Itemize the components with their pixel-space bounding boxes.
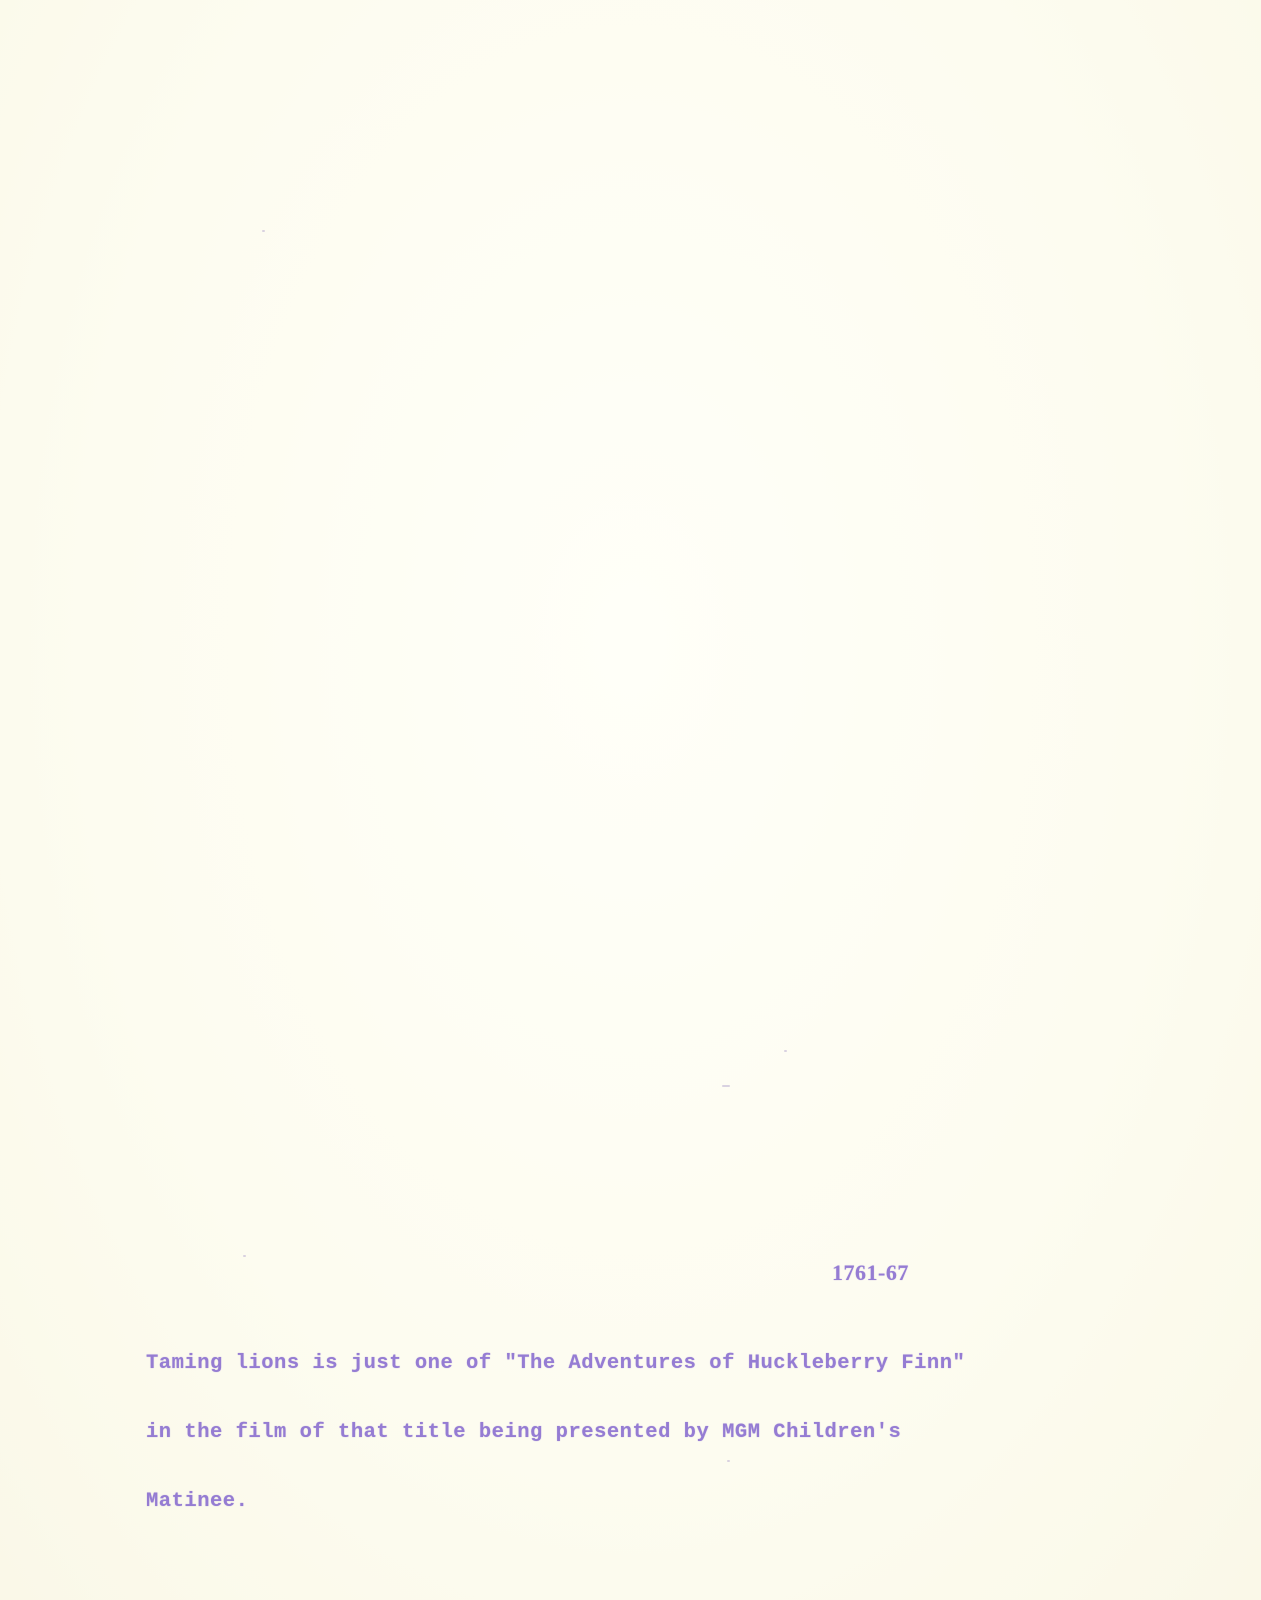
caption-line: Matinee. (146, 1490, 1146, 1513)
ink-speck (262, 230, 265, 232)
caption-line: Taming lions is just one of "The Adventu… (146, 1352, 1146, 1375)
ink-speck (784, 1050, 787, 1052)
caption-line: in the film of that title being presente… (146, 1421, 1146, 1444)
ink-speck (722, 1085, 730, 1087)
reference-number: 1761-67 (832, 1260, 909, 1286)
ink-speck (243, 1255, 246, 1257)
caption: Taming lions is just one of "The Adventu… (146, 1306, 1146, 1536)
